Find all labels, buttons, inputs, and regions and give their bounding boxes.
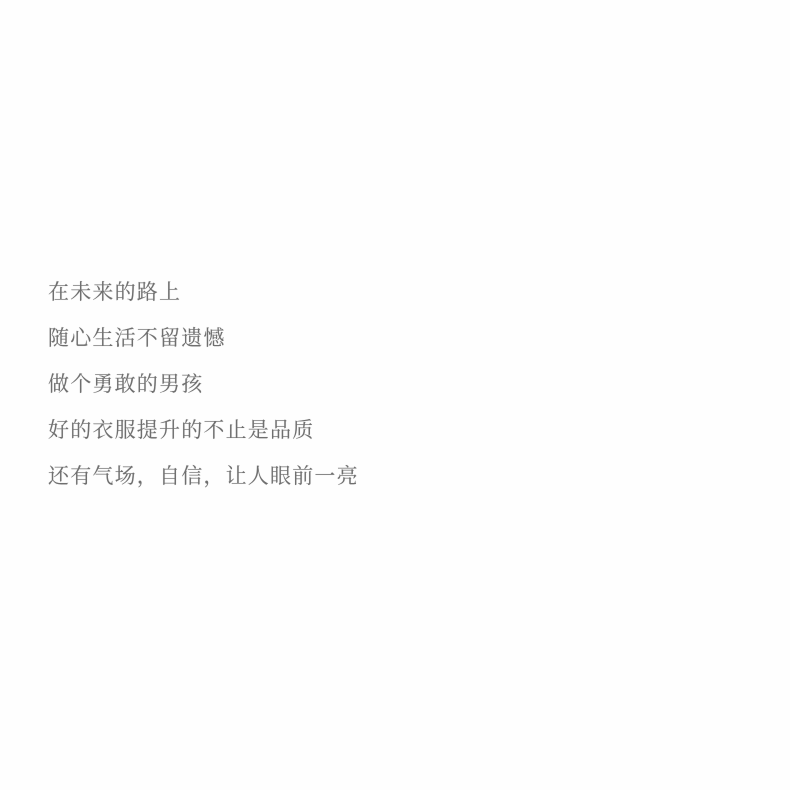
text-line-3: 做个勇敢的男孩 bbox=[48, 374, 728, 396]
text-line-5: 还有气场，自信，让人眼前一亮 bbox=[48, 466, 728, 488]
text-line-1: 在未来的路上 bbox=[48, 282, 728, 304]
text-line-2: 随心生活不留遗憾 bbox=[48, 328, 728, 350]
text-line-4: 好的衣服提升的不止是品质 bbox=[48, 420, 728, 442]
text-slide-page: 在未来的路上 随心生活不留遗憾 做个勇敢的男孩 好的衣服提升的不止是品质 还有气… bbox=[0, 0, 790, 790]
marketing-copy-block: 在未来的路上 随心生活不留遗憾 做个勇敢的男孩 好的衣服提升的不止是品质 还有气… bbox=[48, 282, 728, 488]
